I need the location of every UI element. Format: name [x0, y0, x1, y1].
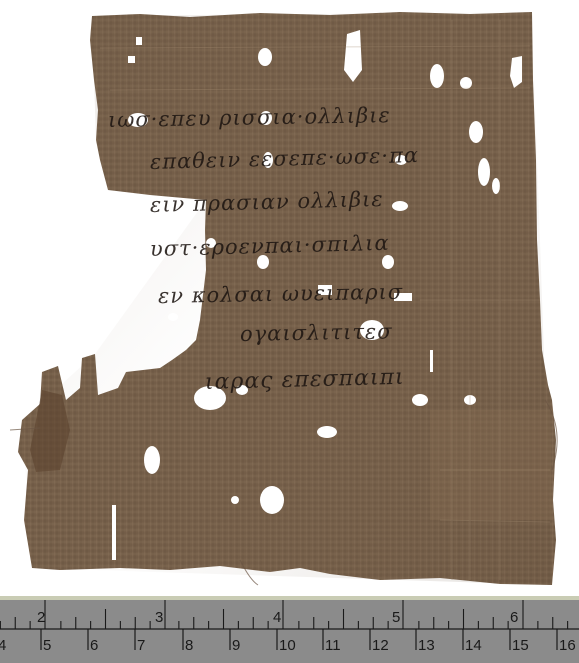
- svg-text:2: 2: [37, 609, 45, 626]
- text-line-1: ιωσ·επευ ρισσια·ολλιβιε: [108, 103, 391, 132]
- svg-text:6: 6: [510, 609, 518, 626]
- cm-labels: 45678910111213141516: [0, 637, 576, 654]
- svg-text:15: 15: [512, 637, 529, 654]
- inch-ticks: [0, 600, 567, 629]
- svg-text:5: 5: [43, 637, 51, 654]
- svg-text:4: 4: [273, 609, 281, 626]
- measurement-ruler: 23456 45678910111213141516: [0, 596, 579, 663]
- svg-text:7: 7: [137, 637, 145, 654]
- svg-text:4: 4: [0, 637, 6, 654]
- text-line-5: εν κολσαι ωυειπαρισ: [158, 280, 404, 308]
- svg-text:11: 11: [325, 637, 341, 654]
- svg-text:16: 16: [559, 637, 576, 654]
- svg-text:13: 13: [418, 637, 435, 654]
- svg-text:14: 14: [465, 637, 482, 654]
- papyrus-photograph: ιωσ·επευ ρισσια·ολλιβιε επαθειν εεσεπε·ω…: [0, 0, 579, 663]
- text-line-6: ογαισλιτιτεσ: [240, 319, 393, 346]
- svg-text:8: 8: [185, 637, 193, 654]
- svg-text:6: 6: [90, 637, 98, 654]
- inch-labels: 23456: [37, 609, 518, 626]
- svg-text:3: 3: [155, 609, 163, 626]
- ruler-scale: 23456 45678910111213141516: [0, 600, 579, 663]
- svg-text:12: 12: [372, 637, 389, 654]
- svg-text:9: 9: [232, 637, 240, 654]
- text-line-7: ιαρας επεσπαιπι: [205, 365, 405, 395]
- svg-text:5: 5: [392, 609, 400, 626]
- svg-text:10: 10: [279, 637, 296, 654]
